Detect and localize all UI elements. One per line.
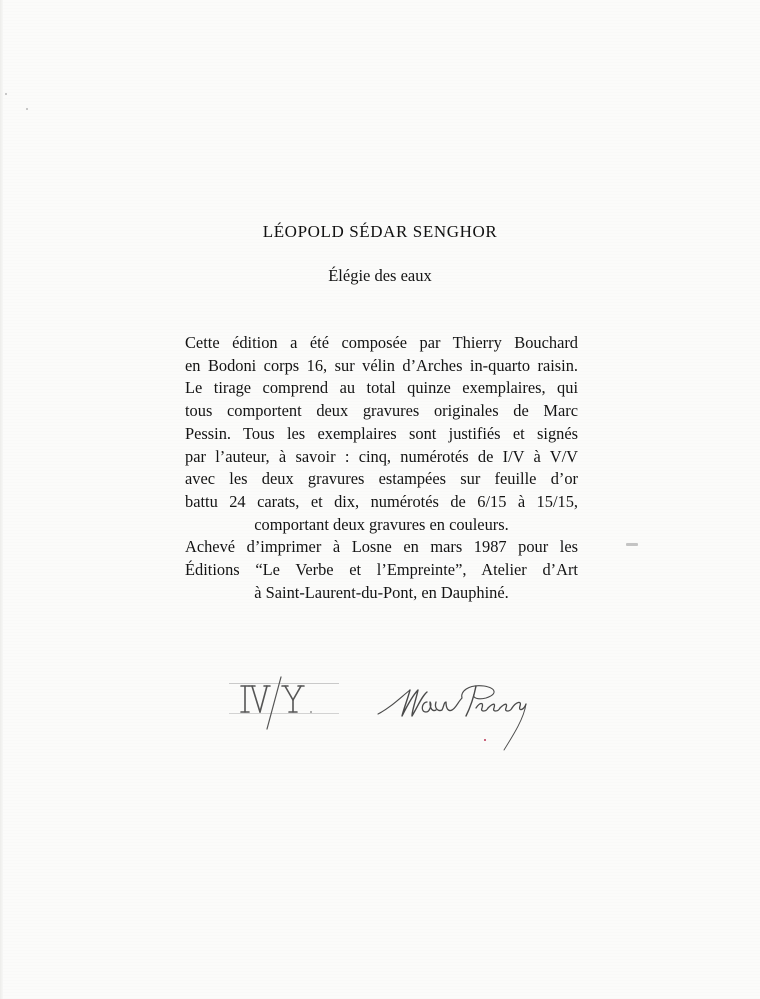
colophon-line: battu 24 carats, et dix, numérotés de 6/…	[185, 491, 578, 514]
paper-speck	[626, 543, 638, 546]
colophon-line: par l’auteur, à savoir : cinq, numérotés…	[185, 446, 578, 469]
page-edge-shadow	[0, 0, 3, 999]
colophon-line: avec les deux gravures estampées sur feu…	[185, 468, 578, 491]
colophon-line: comportant deux gravures en couleurs.	[185, 514, 578, 537]
colophon-line: Éditions “Le Verbe et l’Empreinte”, Atel…	[185, 559, 578, 582]
colophon-line: Cette édition a été composée par Thierry…	[185, 332, 578, 355]
colophon-line: Le tirage comprend au total quinze exemp…	[185, 377, 578, 400]
paper-speck	[26, 108, 28, 110]
colophon-line: tous comportent deux gravures originales…	[185, 400, 578, 423]
colophon-line: en Bodoni corps 16, sur vélin d’Arches i…	[185, 355, 578, 378]
colophon-line: Achevé d’imprimer à Losne en mars 1987 p…	[185, 536, 578, 559]
artist-signature	[372, 672, 542, 752]
work-title: Élégie des eaux	[0, 266, 760, 286]
colophon-line: à Saint-Laurent-du-Pont, en Dauphiné.	[185, 582, 578, 605]
colophon-line: Pessin. Tous les exemplaires sont justif…	[185, 423, 578, 446]
colophon-text: Cette édition a été composée par Thierry…	[185, 332, 578, 604]
paper-speck	[5, 93, 7, 95]
paper-page: LÉOPOLD SÉDAR SENGHOR Élégie des eaux Ce…	[0, 0, 760, 999]
author-name: LÉOPOLD SÉDAR SENGHOR	[0, 222, 760, 242]
copy-number: IV/Y	[235, 676, 335, 726]
